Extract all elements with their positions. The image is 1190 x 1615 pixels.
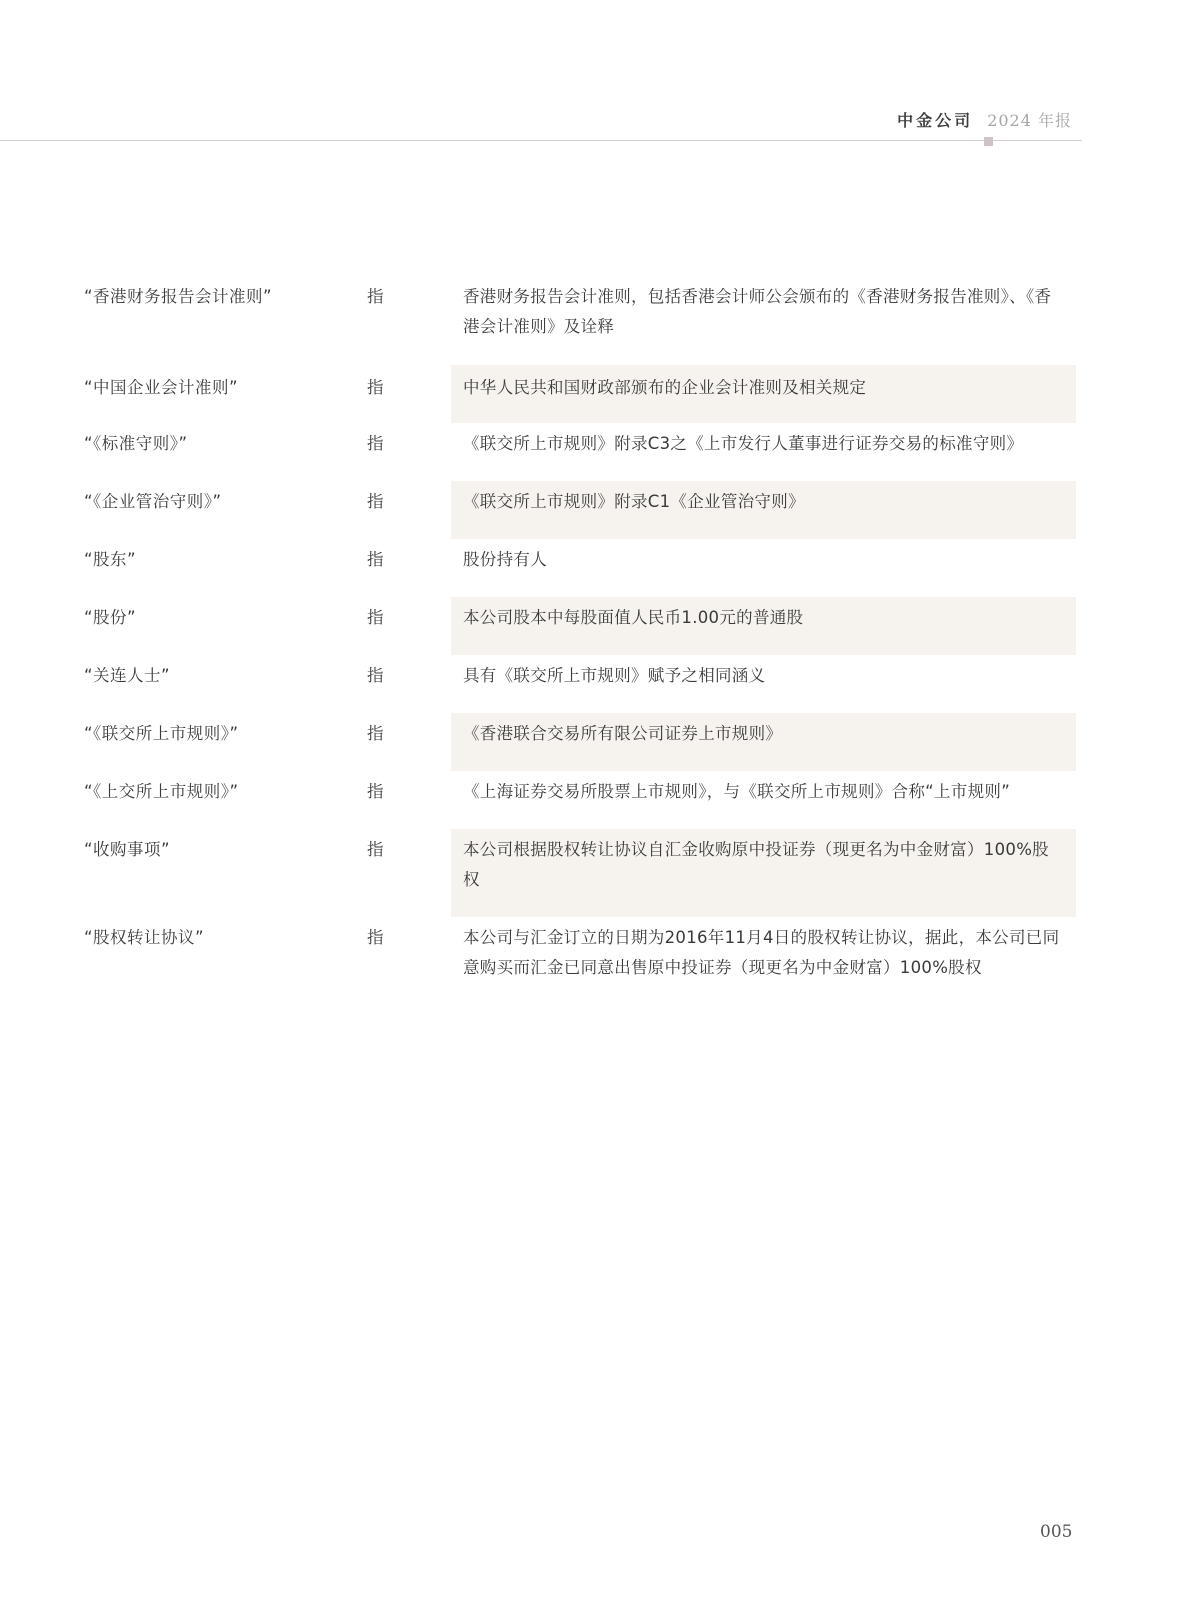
running-header: 中金公司2024 年报 — [897, 108, 1072, 131]
definition-row: “关连人士” 指 具有《联交所上市规则》赋予之相同涵义 — [84, 655, 1076, 713]
definitions-table: “香港财务报告会计准则” 指 香港财务报告会计准则，包括香港会计师公会颁布的《香… — [84, 282, 1076, 987]
definition-refers: 指 — [367, 771, 451, 829]
definition-refers: 指 — [367, 655, 451, 713]
definition-row: “股权转让协议” 指 本公司与汇金订立的日期为2016年11月4日的股权转让协议… — [84, 917, 1076, 987]
definition-row: “收购事项” 指 本公司根据股权转让协议自汇金收购原中投证券（现更名为中金财富）… — [84, 829, 1076, 917]
definition-meaning: 《联交所上市规则》附录C1《企业管治守则》 — [451, 481, 1076, 539]
definition-meaning: 本公司与汇金订立的日期为2016年11月4日的股权转让协议，据此，本公司已同意购… — [451, 917, 1076, 987]
definition-term: “股东” — [84, 539, 367, 597]
page-number: 005 — [1040, 1522, 1072, 1542]
header-rule — [0, 140, 1082, 141]
definition-meaning: 本公司股本中每股面值人民币1.00元的普通股 — [451, 597, 1076, 655]
definition-term: “《标准守则》” — [84, 423, 367, 481]
definition-refers: 指 — [367, 423, 451, 481]
definition-meaning: 《上海证券交易所股票上市规则》，与《联交所上市规则》合称“上市规则” — [451, 771, 1076, 829]
definition-meaning: 《香港联合交易所有限公司证券上市规则》 — [451, 713, 1076, 771]
definition-meaning: 股份持有人 — [451, 539, 1076, 597]
definition-term: “股权转让协议” — [84, 917, 367, 987]
definition-refers: 指 — [367, 713, 451, 771]
definition-row: “《标准守则》” 指 《联交所上市规则》附录C3之《上市发行人董事进行证券交易的… — [84, 423, 1076, 481]
definition-refers: 指 — [367, 829, 451, 917]
definition-term: “关连人士” — [84, 655, 367, 713]
company-name: 中金公司 — [897, 111, 973, 130]
report-title: 2024 年报 — [987, 111, 1072, 130]
definition-refers: 指 — [367, 597, 451, 655]
definition-row: “香港财务报告会计准则” 指 香港财务报告会计准则，包括香港会计师公会颁布的《香… — [84, 282, 1076, 365]
definition-term: “收购事项” — [84, 829, 367, 917]
definition-term: “《企业管治守则》” — [84, 481, 367, 539]
definition-meaning: 具有《联交所上市规则》赋予之相同涵义 — [451, 655, 1076, 713]
definition-term: “股份” — [84, 597, 367, 655]
header-rule-marker — [984, 137, 993, 146]
definition-row: “中国企业会计准则” 指 中华人民共和国财政部颁布的企业会计准则及相关规定 — [84, 365, 1076, 423]
definition-term: “《上交所上市规则》” — [84, 771, 367, 829]
definition-refers: 指 — [367, 917, 451, 987]
definition-meaning: 《联交所上市规则》附录C3之《上市发行人董事进行证券交易的标准守则》 — [451, 423, 1076, 481]
definition-row: “《企业管治守则》” 指 《联交所上市规则》附录C1《企业管治守则》 — [84, 481, 1076, 539]
definition-term: “《联交所上市规则》” — [84, 713, 367, 771]
definition-row: “《上交所上市规则》” 指 《上海证券交易所股票上市规则》，与《联交所上市规则》… — [84, 771, 1076, 829]
definition-row: “股东” 指 股份持有人 — [84, 539, 1076, 597]
definition-meaning: 香港财务报告会计准则，包括香港会计师公会颁布的《香港财务报告准则》、《香港会计准… — [451, 282, 1076, 365]
definition-refers: 指 — [367, 282, 451, 365]
definition-meaning: 本公司根据股权转让协议自汇金收购原中投证券（现更名为中金财富）100%股权 — [451, 829, 1076, 917]
definition-row: “股份” 指 本公司股本中每股面值人民币1.00元的普通股 — [84, 597, 1076, 655]
definition-refers: 指 — [367, 539, 451, 597]
definition-refers: 指 — [367, 365, 451, 423]
definition-refers: 指 — [367, 481, 451, 539]
definition-meaning: 中华人民共和国财政部颁布的企业会计准则及相关规定 — [451, 365, 1076, 423]
definition-term: “香港财务报告会计准则” — [84, 282, 367, 365]
definition-row: “《联交所上市规则》” 指 《香港联合交易所有限公司证券上市规则》 — [84, 713, 1076, 771]
definition-term: “中国企业会计准则” — [84, 365, 367, 423]
